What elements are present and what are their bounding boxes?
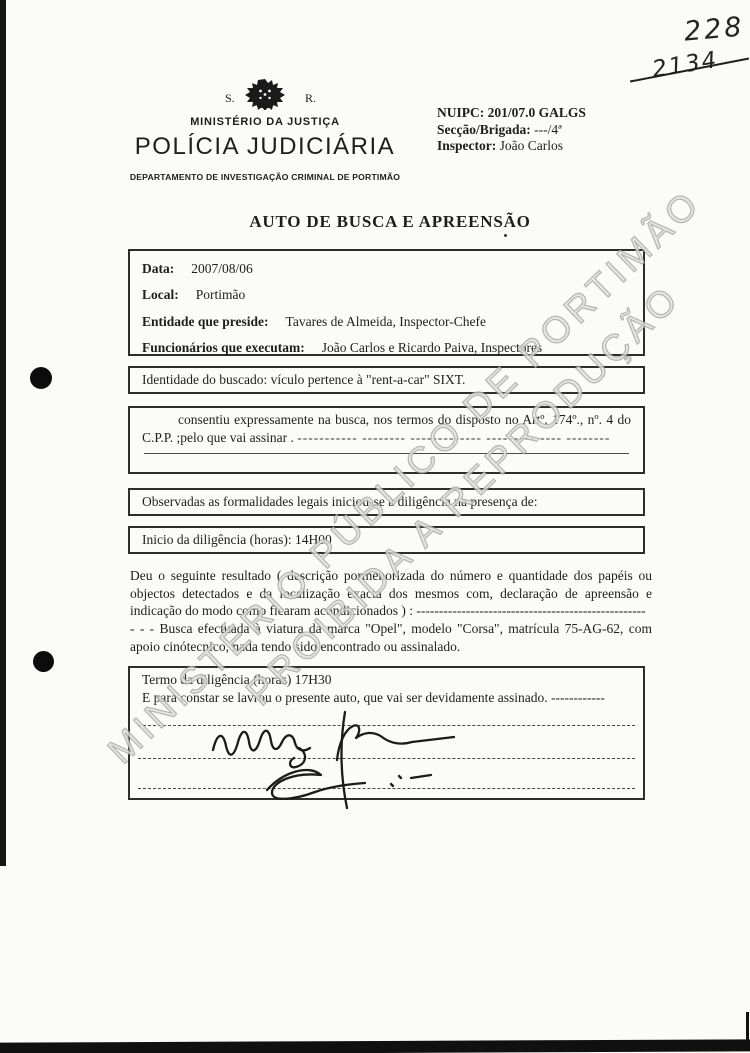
letterhead-letter-r: R.	[305, 91, 316, 106]
info-row-presiding: Entidade que preside:Tavares de Almeida,…	[142, 309, 631, 335]
info-row-local: Local:Portimão	[142, 282, 631, 308]
document-title: AUTO DE BUSCA E APREENSÃO	[130, 212, 650, 232]
result-intro: Deu o seguinte resultado ( descrição por…	[130, 567, 652, 620]
department-name: DEPARTAMENTO DE INVESTIGAÇÃO CRIMINAL DE…	[105, 172, 425, 182]
local-value: Portimão	[196, 287, 246, 302]
local-label: Local:	[142, 287, 179, 302]
consent-paragraph: consentiu expressamente na busca, nos te…	[142, 411, 631, 446]
filler-dashes: ----------- -------- ------------- -----…	[297, 430, 610, 445]
executing-label: Funcionários que executam:	[142, 340, 305, 355]
result-section: Deu o seguinte resultado ( descrição por…	[130, 567, 652, 656]
brigade-label: Secção/Brigada:	[437, 122, 531, 137]
coat-of-arms-icon	[244, 78, 286, 115]
case-nuipc: NUIPC: 201/07.0 GALGS	[437, 105, 586, 122]
letterhead-letter-s: S.	[225, 91, 235, 106]
date-value: 2007/08/06	[191, 261, 253, 276]
case-info-box: Data:2007/08/06 Local:Portimão Entidade …	[128, 249, 645, 356]
inspector-value: João Carlos	[500, 138, 563, 153]
punch-hole-top	[30, 367, 52, 389]
scanned-document-page: 228 2134 S. R. MINISTÉRIO DA JUSTIÇA POL…	[0, 0, 750, 1053]
identity-text: Identidade do buscado: vículo pertence à…	[142, 372, 465, 387]
handwritten-page-number: 228	[683, 11, 746, 47]
date-label: Data:	[142, 261, 174, 276]
start-time-box: Inicio da diligência (horas): 14H00	[128, 526, 645, 554]
brigade-value: ---/4ª	[534, 122, 562, 137]
executing-value: João Carlos e Ricardo Paiva, Inspectores	[322, 340, 542, 355]
info-row-date: Data:2007/08/06	[142, 256, 631, 282]
result-finding: - - - Busca efectuada à viatura da marca…	[130, 620, 652, 655]
presiding-label: Entidade que preside:	[142, 314, 269, 329]
nuipc-label: NUIPC:	[437, 105, 484, 120]
info-row-executing: Funcionários que executam:João Carlos e …	[142, 335, 631, 361]
formalities-text: Observadas as formalidades legais inicio…	[142, 494, 537, 509]
case-inspector: Inspector: João Carlos	[437, 138, 586, 155]
identity-box: Identidade do buscado: vículo pertence à…	[128, 366, 645, 394]
case-reference-block: NUIPC: 201/07.0 GALGS Secção/Brigada: --…	[437, 105, 586, 155]
scan-edge-right-mark	[746, 1012, 749, 1045]
punch-hole-bottom	[33, 651, 54, 672]
scan-edge-bottom	[0, 1039, 750, 1053]
consent-box: consentiu expressamente na busca, nos te…	[128, 406, 645, 474]
ministry-name: MINISTÉRIO DA JUSTIÇA	[125, 116, 405, 128]
nuipc-value: 201/07.0 GALGS	[488, 105, 586, 120]
closing-time-text: Termo da diligência (horas) 17H30	[142, 671, 631, 689]
organization-name: POLÍCIA JUDICIÁRIA	[115, 133, 415, 161]
inspector-label: Inspector:	[437, 138, 496, 153]
signature-rule	[144, 453, 629, 454]
case-brigade: Secção/Brigada: ---/4ª	[437, 122, 586, 139]
start-time-text: Inicio da diligência (horas): 14H00	[142, 532, 332, 547]
scan-edge-left	[0, 0, 6, 866]
presiding-value: Tavares de Almeida, Inspector-Chefe	[286, 314, 486, 329]
formalities-box: Observadas as formalidades legais inicio…	[128, 488, 645, 516]
scan-speck	[504, 234, 507, 237]
handwritten-signatures	[195, 698, 475, 818]
